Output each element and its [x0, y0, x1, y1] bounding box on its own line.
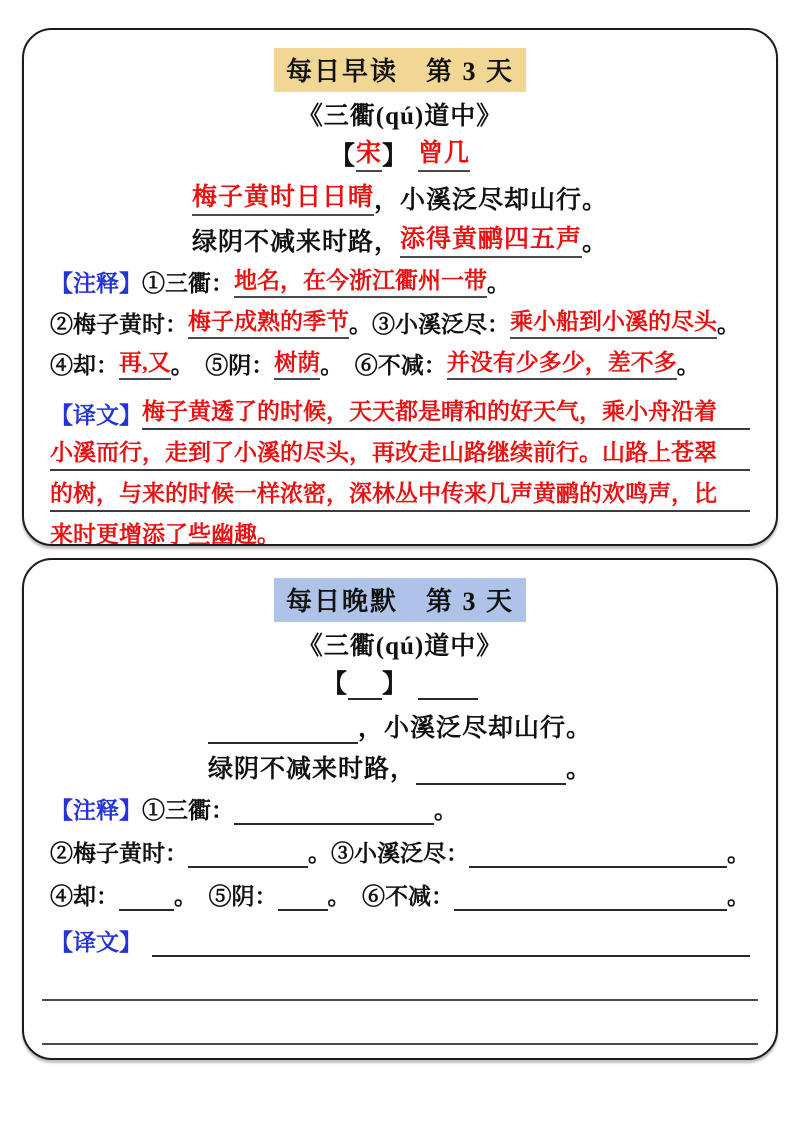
poem-answer-segment: 梅子黄时日日晴 — [192, 177, 374, 216]
morning-translation-line-1: 【译文】梅子黄透了的时候，天天都是晴和的好天气，乘小舟沿着 — [50, 389, 750, 430]
poem-period: 。 — [566, 749, 592, 785]
poem-answer-segment: 添得黄鹂四五声 — [400, 219, 582, 258]
translation-text: 来时更增添了些幽趣。 — [50, 516, 322, 546]
evening-header-highlight: 每日晚默 第 3 天 — [274, 578, 526, 622]
note-period: 。 — [677, 347, 700, 380]
note-term: 。 ⑥不减： — [328, 878, 455, 911]
notes-label: 【注释】 — [50, 792, 142, 825]
blank-poem-phrase — [208, 742, 358, 744]
morning-note-line-3: ④却：再,又。 ⑤阴：树荫。 ⑥不减：并没有少多少，差不多。 — [50, 348, 750, 380]
morning-poem-line-2: 绿阴不减来时路，添得黄鹂四五声。 — [50, 224, 750, 258]
poem-plain-segment: ，小溪泛尽却山行。 — [358, 708, 592, 744]
note-definition: 梅子成熟的季节 — [188, 303, 349, 339]
writing-line — [42, 999, 758, 1001]
blank-note-definition — [234, 823, 434, 825]
blank-translation-line — [152, 955, 750, 957]
author-bracket-open: 【 — [322, 664, 348, 700]
evening-header-row: 每日晚默 第 3 天 — [50, 578, 750, 622]
evening-author-line: 【】 — [50, 668, 750, 700]
note-definition: 并没有少多少，差不多 — [447, 344, 677, 380]
note-period: 。 — [487, 265, 510, 298]
author-bracket-open: 【 — [330, 136, 356, 172]
note-definition: 再,又 — [119, 344, 171, 380]
blank-note-definition — [188, 866, 308, 868]
blank-poem-phrase — [416, 783, 566, 785]
note-term: ①三衢： — [142, 265, 234, 298]
blank-note-definition — [454, 909, 727, 911]
translation-text: 梅子黄透了的时候，天天都是晴和的好天气，乘小舟沿着 — [142, 393, 750, 430]
morning-poem-title: 《三衢(qú)道中》 — [50, 100, 750, 132]
note-period: 。 — [727, 835, 750, 868]
author-dynasty: 宋 — [356, 133, 382, 172]
note-term: 。 ⑤阴： — [171, 347, 275, 380]
evening-note-line-2: ②梅子黄时：。③小溪泛尽：。 — [50, 835, 750, 868]
morning-header-highlight: 每日早读 第 3 天 — [274, 48, 526, 92]
note-term: ①三衢： — [142, 792, 234, 825]
evening-poem-title: 《三衢(qú)道中》 — [50, 630, 750, 662]
morning-translation-line-4: 来时更增添了些幽趣。 — [50, 512, 750, 546]
note-term: 。 ⑤阴： — [174, 878, 278, 911]
blank-note-definition — [469, 866, 727, 868]
note-term: ④却： — [50, 347, 119, 380]
morning-translation-line-2: 小溪而行，走到了小溪的尽头，再改走山路继续前行。山路上苍翠 — [50, 430, 750, 471]
morning-translation-line-3: 的树，与来的时候一样浓密，深林丛中传来几声黄鹂的欢鸣声，比 — [50, 471, 750, 512]
translation-label: 【译文】 — [50, 397, 142, 430]
worksheet-page: 每日早读 第 3 天 《三衢(qú)道中》 【宋】曾几 梅子黄时日日晴，小溪泛尽… — [0, 0, 800, 1132]
note-definition: 乘小船到小溪的尽头 — [510, 303, 717, 339]
author-bracket-close: 】 — [382, 664, 408, 700]
note-term: ②梅子黄时： — [50, 306, 188, 339]
evening-translation-row: 【译文】 — [50, 921, 750, 957]
blank-note-definition — [119, 909, 174, 911]
note-definition: 地名，在今浙江衢州一带 — [234, 262, 487, 298]
blank-author-name — [418, 698, 478, 700]
poem-plain-segment: ，小溪泛尽却山行。 — [374, 180, 608, 216]
morning-poem-line-1: 梅子黄时日日晴，小溪泛尽却山行。 — [50, 182, 750, 216]
blank-dynasty — [348, 698, 382, 700]
morning-header-row: 每日早读 第 3 天 — [50, 48, 750, 92]
translation-label: 【译文】 — [50, 924, 142, 957]
evening-note-line-1: 【注释】①三衢：。 — [50, 792, 750, 825]
morning-card: 每日早读 第 3 天 《三衢(qú)道中》 【宋】曾几 梅子黄时日日晴，小溪泛尽… — [22, 28, 778, 546]
evening-poem-line-2: 绿阴不减来时路，。 — [50, 751, 750, 785]
note-definition: 树荫 — [274, 344, 320, 380]
note-term: 。③小溪泛尽： — [308, 835, 469, 868]
morning-note-line-1: 【注释】①三衢：地名，在今浙江衢州一带。 — [50, 266, 750, 298]
poem-plain-segment: 绿阴不减来时路， — [208, 749, 416, 785]
author-name: 曾几 — [418, 133, 470, 172]
morning-author-line: 【宋】曾几 — [50, 140, 750, 172]
author-bracket-close: 】 — [382, 136, 408, 172]
evening-poem-line-1: ，小溪泛尽却山行。 — [50, 710, 750, 744]
note-term: 。③小溪泛尽： — [349, 306, 510, 339]
note-period: 。 — [717, 306, 740, 339]
note-term: 。 ⑥不减： — [320, 347, 447, 380]
note-term: ④却： — [50, 878, 119, 911]
translation-text: 小溪而行，走到了小溪的尽头，再改走山路继续前行。山路上苍翠 — [50, 434, 750, 471]
note-term: ②梅子黄时： — [50, 835, 188, 868]
poem-plain-segment: 绿阴不减来时路， — [192, 222, 400, 258]
morning-note-line-2: ②梅子黄时：梅子成熟的季节。③小溪泛尽：乘小船到小溪的尽头。 — [50, 307, 750, 339]
blank-note-definition — [278, 909, 328, 911]
writing-line — [42, 1043, 758, 1045]
note-period: 。 — [727, 878, 750, 911]
note-period: 。 — [434, 792, 457, 825]
evening-card: 每日晚默 第 3 天 《三衢(qú)道中》 【】 ，小溪泛尽却山行。 绿阴不减来… — [22, 558, 778, 1060]
translation-text: 的树，与来的时候一样浓密，深林丛中传来几声黄鹂的欢鸣声，比 — [50, 475, 750, 512]
notes-label: 【注释】 — [50, 265, 142, 298]
evening-note-line-3: ④却：。 ⑤阴：。 ⑥不减：。 — [50, 878, 750, 911]
poem-period: 。 — [582, 222, 608, 258]
